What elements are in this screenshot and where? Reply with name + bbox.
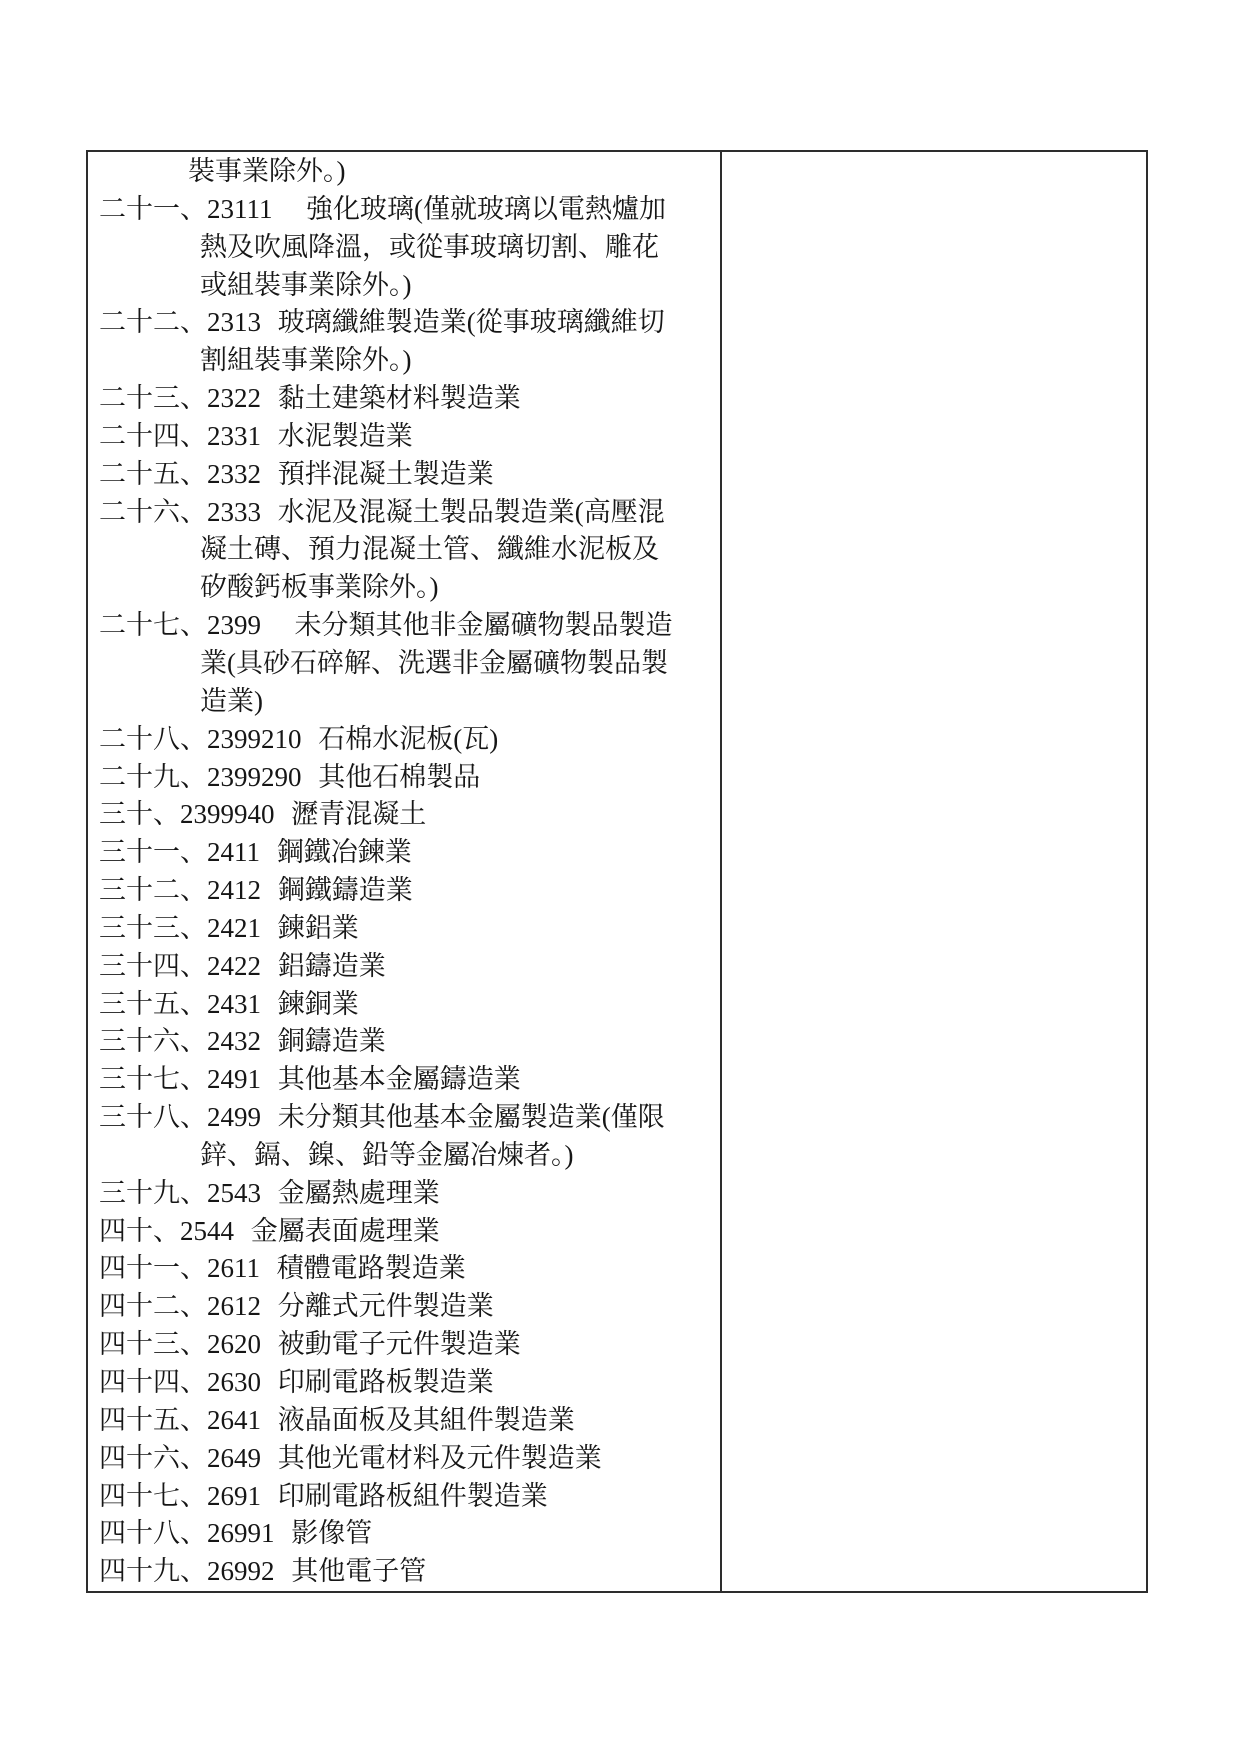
text-line: 矽酸鈣板事業除外。) [88,569,720,607]
text-line: 造業) [88,683,720,721]
text-line: 四十七、2691 印刷電路板組件製造業 [88,1478,720,1516]
table-cell-industry-list: 裝事業除外。)二十一、23111 強化玻璃(僅就玻璃以電熱爐加熱及吹風降溫，或從… [88,152,722,1591]
text-line: 二十二、2313 玻璃纖維製造業(從事玻璃纖維切 [88,304,720,342]
text-line: 四十九、26992 其他電子管 [88,1553,720,1591]
text-line: 二十三、2322 黏土建築材料製造業 [88,380,720,418]
text-line: 二十八、2399210 石棉水泥板(瓦) [88,721,720,759]
text-line: 三十四、2422 鋁鑄造業 [88,948,720,986]
text-line: 三十六、2432 銅鑄造業 [88,1023,720,1061]
table-cell-empty [722,152,1146,1591]
text-line: 凝土磚、預力混凝土管、纖維水泥板及 [88,531,720,569]
text-line: 二十七、2399 未分類其他非金屬礦物製品製造 [88,607,720,645]
text-line: 二十九、2399290 其他石棉製品 [88,759,720,797]
text-line: 二十一、23111 強化玻璃(僅就玻璃以電熱爐加 [88,191,720,229]
text-line: 二十五、2332 預拌混凝土製造業 [88,456,720,494]
text-line: 鋅、鎘、鎳、鉛等金屬冶煉者。) [88,1137,720,1175]
text-line: 三十三、2421 鍊鋁業 [88,910,720,948]
text-line: 三十一、2411 鋼鐵冶鍊業 [88,834,720,872]
text-line: 四十四、2630 印刷電路板製造業 [88,1364,720,1402]
text-line: 或組裝事業除外。) [88,267,720,305]
text-line: 熱及吹風降溫，或從事玻璃切割、雕花 [88,229,720,267]
text-line: 四十三、2620 被動電子元件製造業 [88,1326,720,1364]
text-line: 三十九、2543 金屬熱處理業 [88,1175,720,1213]
text-line: 四十、2544 金屬表面處理業 [88,1213,720,1251]
text-line: 四十二、2612 分離式元件製造業 [88,1288,720,1326]
text-line: 四十六、2649 其他光電材料及元件製造業 [88,1440,720,1478]
text-line: 四十一、2611 積體電路製造業 [88,1250,720,1288]
text-line: 三十七、2491 其他基本金屬鑄造業 [88,1061,720,1099]
text-line: 裝事業除外。) [88,153,720,191]
text-line: 三十、2399940 瀝青混凝土 [88,796,720,834]
text-line: 業(具砂石碎解、洗選非金屬礦物製品製 [88,645,720,683]
text-line: 三十五、2431 鍊銅業 [88,986,720,1024]
text-line: 四十八、26991 影像管 [88,1515,720,1553]
text-line: 二十六、2333 水泥及混凝土製品製造業(高壓混 [88,494,720,532]
document-page: 裝事業除外。)二十一、23111 強化玻璃(僅就玻璃以電熱爐加熱及吹風降溫，或從… [0,0,1241,1755]
text-line: 三十二、2412 鋼鐵鑄造業 [88,872,720,910]
text-line: 二十四、2331 水泥製造業 [88,418,720,456]
industry-code-table: 裝事業除外。)二十一、23111 強化玻璃(僅就玻璃以電熱爐加熱及吹風降溫，或從… [86,150,1148,1593]
text-line: 四十五、2641 液晶面板及其組件製造業 [88,1402,720,1440]
text-line: 三十八、2499 未分類其他基本金屬製造業(僅限 [88,1099,720,1137]
text-line: 割組裝事業除外。) [88,342,720,380]
